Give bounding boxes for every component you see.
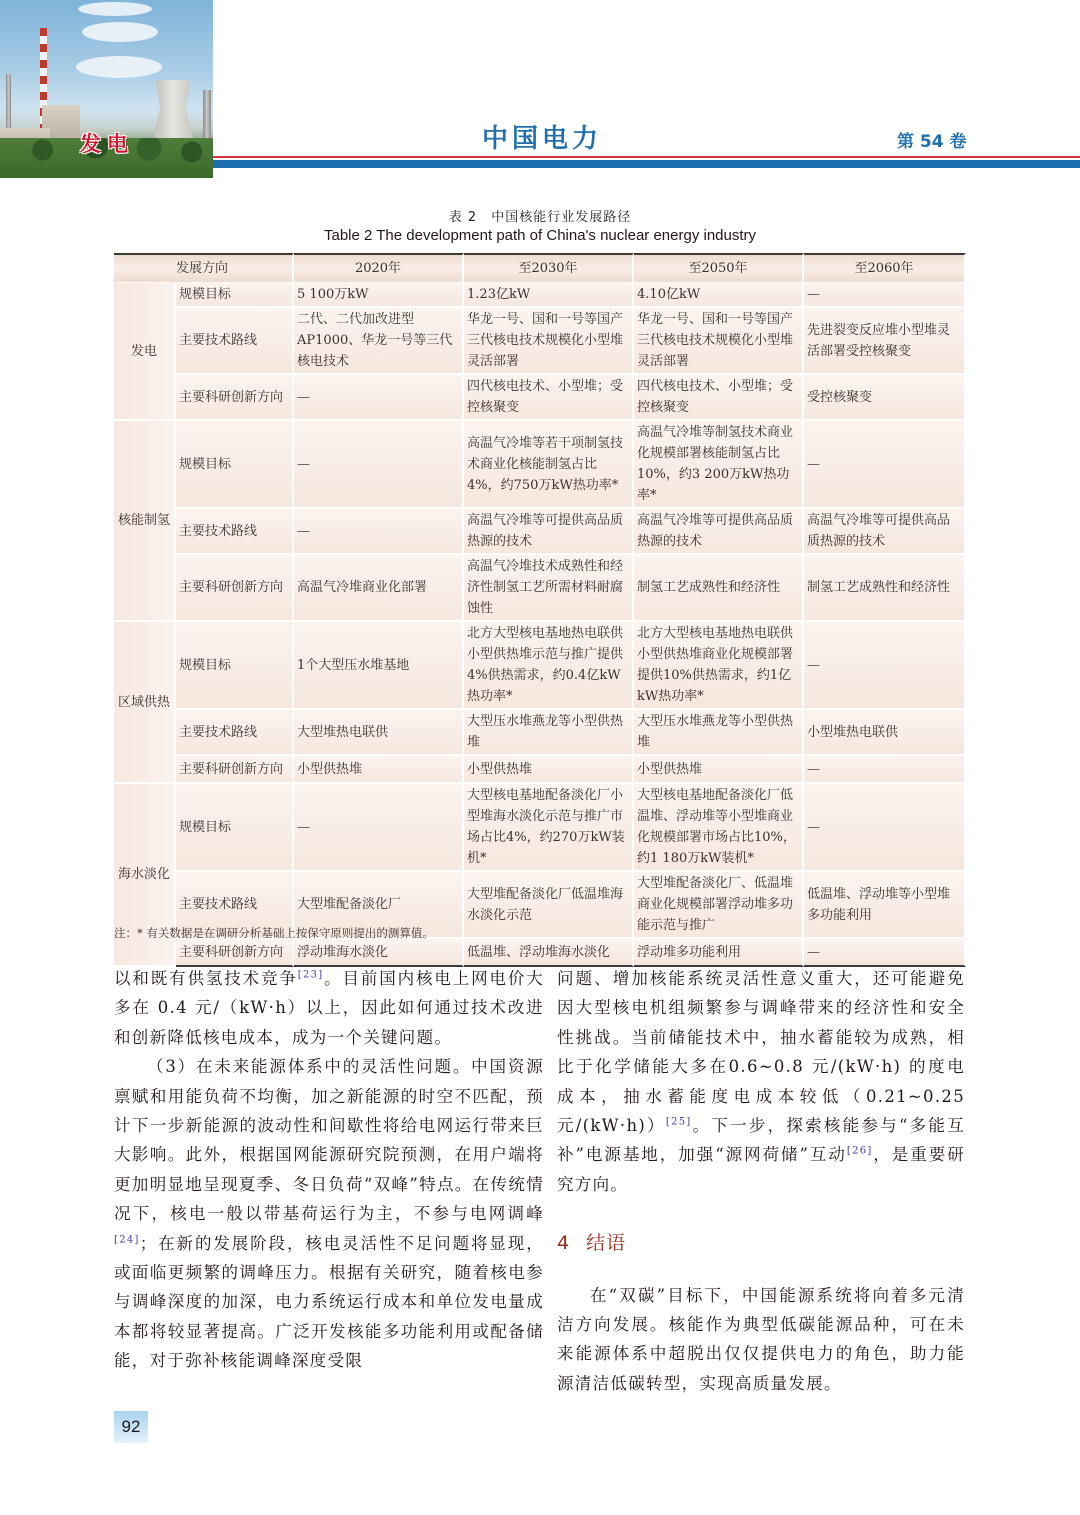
paragraph: 以和既有供氢技术竞争[23]。目前国内核电上网电价大多在 0.4 元/（kW·h…: [114, 964, 544, 1052]
data-cell: —: [294, 421, 464, 509]
item-cell: 主要技术路线: [176, 710, 294, 756]
body-column-left: 以和既有供氢技术竞争[23]。目前国内核电上网电价大多在 0.4 元/（kW·h…: [114, 964, 544, 1376]
data-cell: —: [294, 375, 464, 421]
data-cell: 北方大型核电基地热电联供小型供热堆示范与推广提供4%供热需求，约0.4亿kW热功…: [464, 622, 634, 710]
data-cell: 小型供热堆: [294, 756, 464, 784]
data-cell: 小型供热堆: [634, 756, 804, 784]
data-cell: 大型堆配备淡化厂、低温堆商业化规模部署浮动堆多功能示范与推广: [634, 872, 804, 939]
category-cell: 核能制氢: [114, 421, 176, 622]
table-caption-cn: 表 2 中国核能行业发展路径: [0, 206, 1080, 225]
data-cell: 1个大型压水堆基地: [294, 622, 464, 710]
item-cell: 规模目标: [176, 784, 294, 872]
item-cell: 规模目标: [176, 421, 294, 509]
data-cell: 高温气冷堆等可提供高品质热源的技术: [804, 509, 966, 555]
data-cell: —: [804, 622, 966, 710]
text-run: 问题、增加核能系统灵活性意义重大，还可能避免因大型核电机组频繁参与调峰带来的经济…: [557, 969, 965, 1135]
data-cell: 受控核聚变: [804, 375, 966, 421]
data-cell: 1.23亿kW: [464, 283, 634, 308]
data-cell: 四代核电技术、小型堆；受控核聚变: [634, 375, 804, 421]
table-footnote: 注：* 有关数据是在调研分析基础上按保守原则提出的测算值。: [114, 925, 434, 941]
data-cell: 大型压水堆燕龙等小型供热堆: [634, 710, 804, 756]
data-cell: 二代、二代加改进型AP1000、华龙一号等三代核电技术: [294, 308, 464, 375]
data-cell: 大型堆热电联供: [294, 710, 464, 756]
header-rule-red: [213, 156, 1080, 158]
journal-title: 中国电力: [482, 118, 602, 155]
item-cell: 主要科研创新方向: [176, 555, 294, 622]
cloud-shape: [78, 2, 152, 16]
data-cell: 高温气冷堆商业化部署: [294, 555, 464, 622]
table-row: 主要科研创新方向 — 四代核电技术、小型堆；受控核聚变 四代核电技术、小型堆；受…: [114, 375, 966, 421]
paragraph: 在“双碳”目标下，中国能源系统将向着多元清洁方向发展。核能作为典型低碳能源品种，…: [557, 1281, 965, 1399]
item-cell: 主要科研创新方向: [176, 939, 294, 967]
data-cell: 大型核电基地配备淡化厂低温堆、浮动堆等小型堆商业化规模部署市场占比10%，约1 …: [634, 784, 804, 872]
data-cell: —: [294, 509, 464, 555]
table-row: 主要科研创新方向 高温气冷堆商业化部署 高温气冷堆技术成熟性和经济性制氢工艺所需…: [114, 555, 966, 622]
section-number: 4: [557, 1232, 570, 1254]
table-row: 主要科研创新方向 浮动堆海水淡化 低温堆、浮动堆海水淡化 浮动堆多功能利用 —: [114, 939, 966, 967]
text-run: （3）在未来能源体系中的灵活性问题。中国资源禀赋和用能负荷不均衡，加之新能源的时…: [114, 1057, 544, 1223]
data-cell: 制氢工艺成熟性和经济性: [634, 555, 804, 622]
data-cell: 小型堆热电联供: [804, 710, 966, 756]
table-row: 主要技术路线 大型堆热电联供 大型压水堆燕龙等小型供热堆 大型压水堆燕龙等小型供…: [114, 710, 966, 756]
table-row: 主要技术路线 二代、二代加改进型AP1000、华龙一号等三代核电技术 华龙一号、…: [114, 308, 966, 375]
data-cell: 高温气冷堆等可提供高品质热源的技术: [464, 509, 634, 555]
table-row: 区域供热 规模目标 1个大型压水堆基地 北方大型核电基地热电联供小型供热堆示范与…: [114, 622, 966, 710]
item-cell: 主要科研创新方向: [176, 756, 294, 784]
page-number: 92: [114, 1411, 148, 1443]
data-cell: 大型堆配备淡化厂低温堆海水淡化示范: [464, 872, 634, 939]
volume-number: 第 54 卷: [897, 127, 967, 152]
data-cell: 浮动堆海水淡化: [294, 939, 464, 967]
data-cell: 高温气冷堆等若干项制氢技术商业化核能制氢占比4%，约750万kW热功率*: [464, 421, 634, 509]
column-header: 2020年: [294, 253, 464, 283]
data-cell: 高温气冷堆等可提供高品质热源的技术: [634, 509, 804, 555]
column-header: 发展方向: [114, 253, 294, 283]
data-cell: 低温堆、浮动堆等小型堆多功能利用: [804, 872, 966, 939]
item-cell: 规模目标: [176, 283, 294, 308]
table-row: 主要科研创新方向 小型供热堆 小型供热堆 小型供热堆 —: [114, 756, 966, 784]
data-cell: —: [804, 756, 966, 784]
data-cell: 制氢工艺成熟性和经济性: [804, 555, 966, 622]
citation-link[interactable]: [23]: [298, 970, 324, 981]
table-row: 核能制氢 规模目标 — 高温气冷堆等若干项制氢技术商业化核能制氢占比4%，约75…: [114, 421, 966, 509]
column-header: 至2060年: [804, 253, 966, 283]
table-caption-en: Table 2 The development path of China's …: [0, 227, 1080, 244]
data-cell: 先进裂变反应堆小型堆灵活部署受控核聚变: [804, 308, 966, 375]
text-run: ；在新的发展阶段，核电灵活性不足问题将显现，或面临更频繁的调峰压力。根据有关研究…: [114, 1234, 544, 1371]
data-cell: —: [804, 283, 966, 308]
paragraph: （3）在未来能源体系中的灵活性问题。中国资源禀赋和用能负荷不均衡，加之新能源的时…: [114, 1052, 544, 1375]
header-rule-blue: [213, 160, 1080, 168]
data-cell: 北方大型核电基地热电联供小型供热堆商业化规模部署提供10%供热需求，约1亿kW热…: [634, 622, 804, 710]
citation-link[interactable]: [26]: [847, 1146, 873, 1157]
data-cell: 高温气冷堆技术成熟性和经济性制氢工艺所需材料耐腐蚀性: [464, 555, 634, 622]
item-cell: 主要技术路线: [176, 308, 294, 375]
data-cell: —: [804, 421, 966, 509]
data-cell: 高温气冷堆等制氢技术商业化规模部署核能制氢占比10%，约3 200万kW热功率*: [634, 421, 804, 509]
section-label: 发电: [80, 128, 134, 158]
item-cell: 规模目标: [176, 622, 294, 710]
data-cell: 小型供热堆: [464, 756, 634, 784]
item-cell: 主要科研创新方向: [176, 375, 294, 421]
column-header: 至2030年: [464, 253, 634, 283]
paragraph: 问题、增加核能系统灵活性意义重大，还可能避免因大型核电机组频繁参与调峰带来的经济…: [557, 964, 965, 1199]
section-heading: 4结语: [557, 1229, 965, 1258]
data-cell: 5 100万kW: [294, 283, 464, 308]
cloud-shape: [82, 22, 158, 42]
category-cell: 区域供热: [114, 622, 176, 784]
chimney: [6, 74, 11, 134]
column-header: 至2050年: [634, 253, 804, 283]
data-cell: 华龙一号、国和一号等国产三代核电技术规模化小型堆灵活部署: [634, 308, 804, 375]
data-cell: 四代核电技术、小型堆；受控核聚变: [464, 375, 634, 421]
category-cell: 发电: [114, 283, 176, 421]
development-path-table: 发展方向 2020年 至2030年 至2050年 至2060年 发电 规模目标 …: [114, 253, 966, 967]
text-run: 以和既有供氢技术竞争: [114, 969, 298, 988]
data-cell: 4.10亿kW: [634, 283, 804, 308]
data-cell: 华龙一号、国和一号等国产三代核电技术规模化小型堆灵活部署: [464, 308, 634, 375]
item-cell: 主要技术路线: [176, 509, 294, 555]
citation-link[interactable]: [24]: [114, 1234, 140, 1245]
data-cell: 浮动堆多功能利用: [634, 939, 804, 967]
body-column-right: 问题、增加核能系统灵活性意义重大，还可能避免因大型核电机组频繁参与调峰带来的经济…: [557, 964, 965, 1398]
table-row: 海水淡化 规模目标 — 大型核电基地配备淡化厂小型堆海水淡化示范与推广市场占比4…: [114, 784, 966, 872]
data-cell: 大型核电基地配备淡化厂小型堆海水淡化示范与推广市场占比4%，约270万kW装机*: [464, 784, 634, 872]
data-cell: —: [804, 784, 966, 872]
cloud-shape: [76, 56, 162, 78]
table-header-row: 发展方向 2020年 至2030年 至2050年 至2060年: [114, 253, 966, 283]
data-cell: 低温堆、浮动堆海水淡化: [464, 939, 634, 967]
data-cell: 大型压水堆燕龙等小型供热堆: [464, 710, 634, 756]
data-cell: —: [294, 784, 464, 872]
citation-link[interactable]: [25]: [666, 1117, 692, 1128]
section-title: 结语: [586, 1232, 626, 1254]
data-cell: —: [804, 939, 966, 967]
table-row: 主要技术路线 — 高温气冷堆等可提供高品质热源的技术 高温气冷堆等可提供高品质热…: [114, 509, 966, 555]
table-row: 发电 规模目标 5 100万kW 1.23亿kW 4.10亿kW —: [114, 283, 966, 308]
